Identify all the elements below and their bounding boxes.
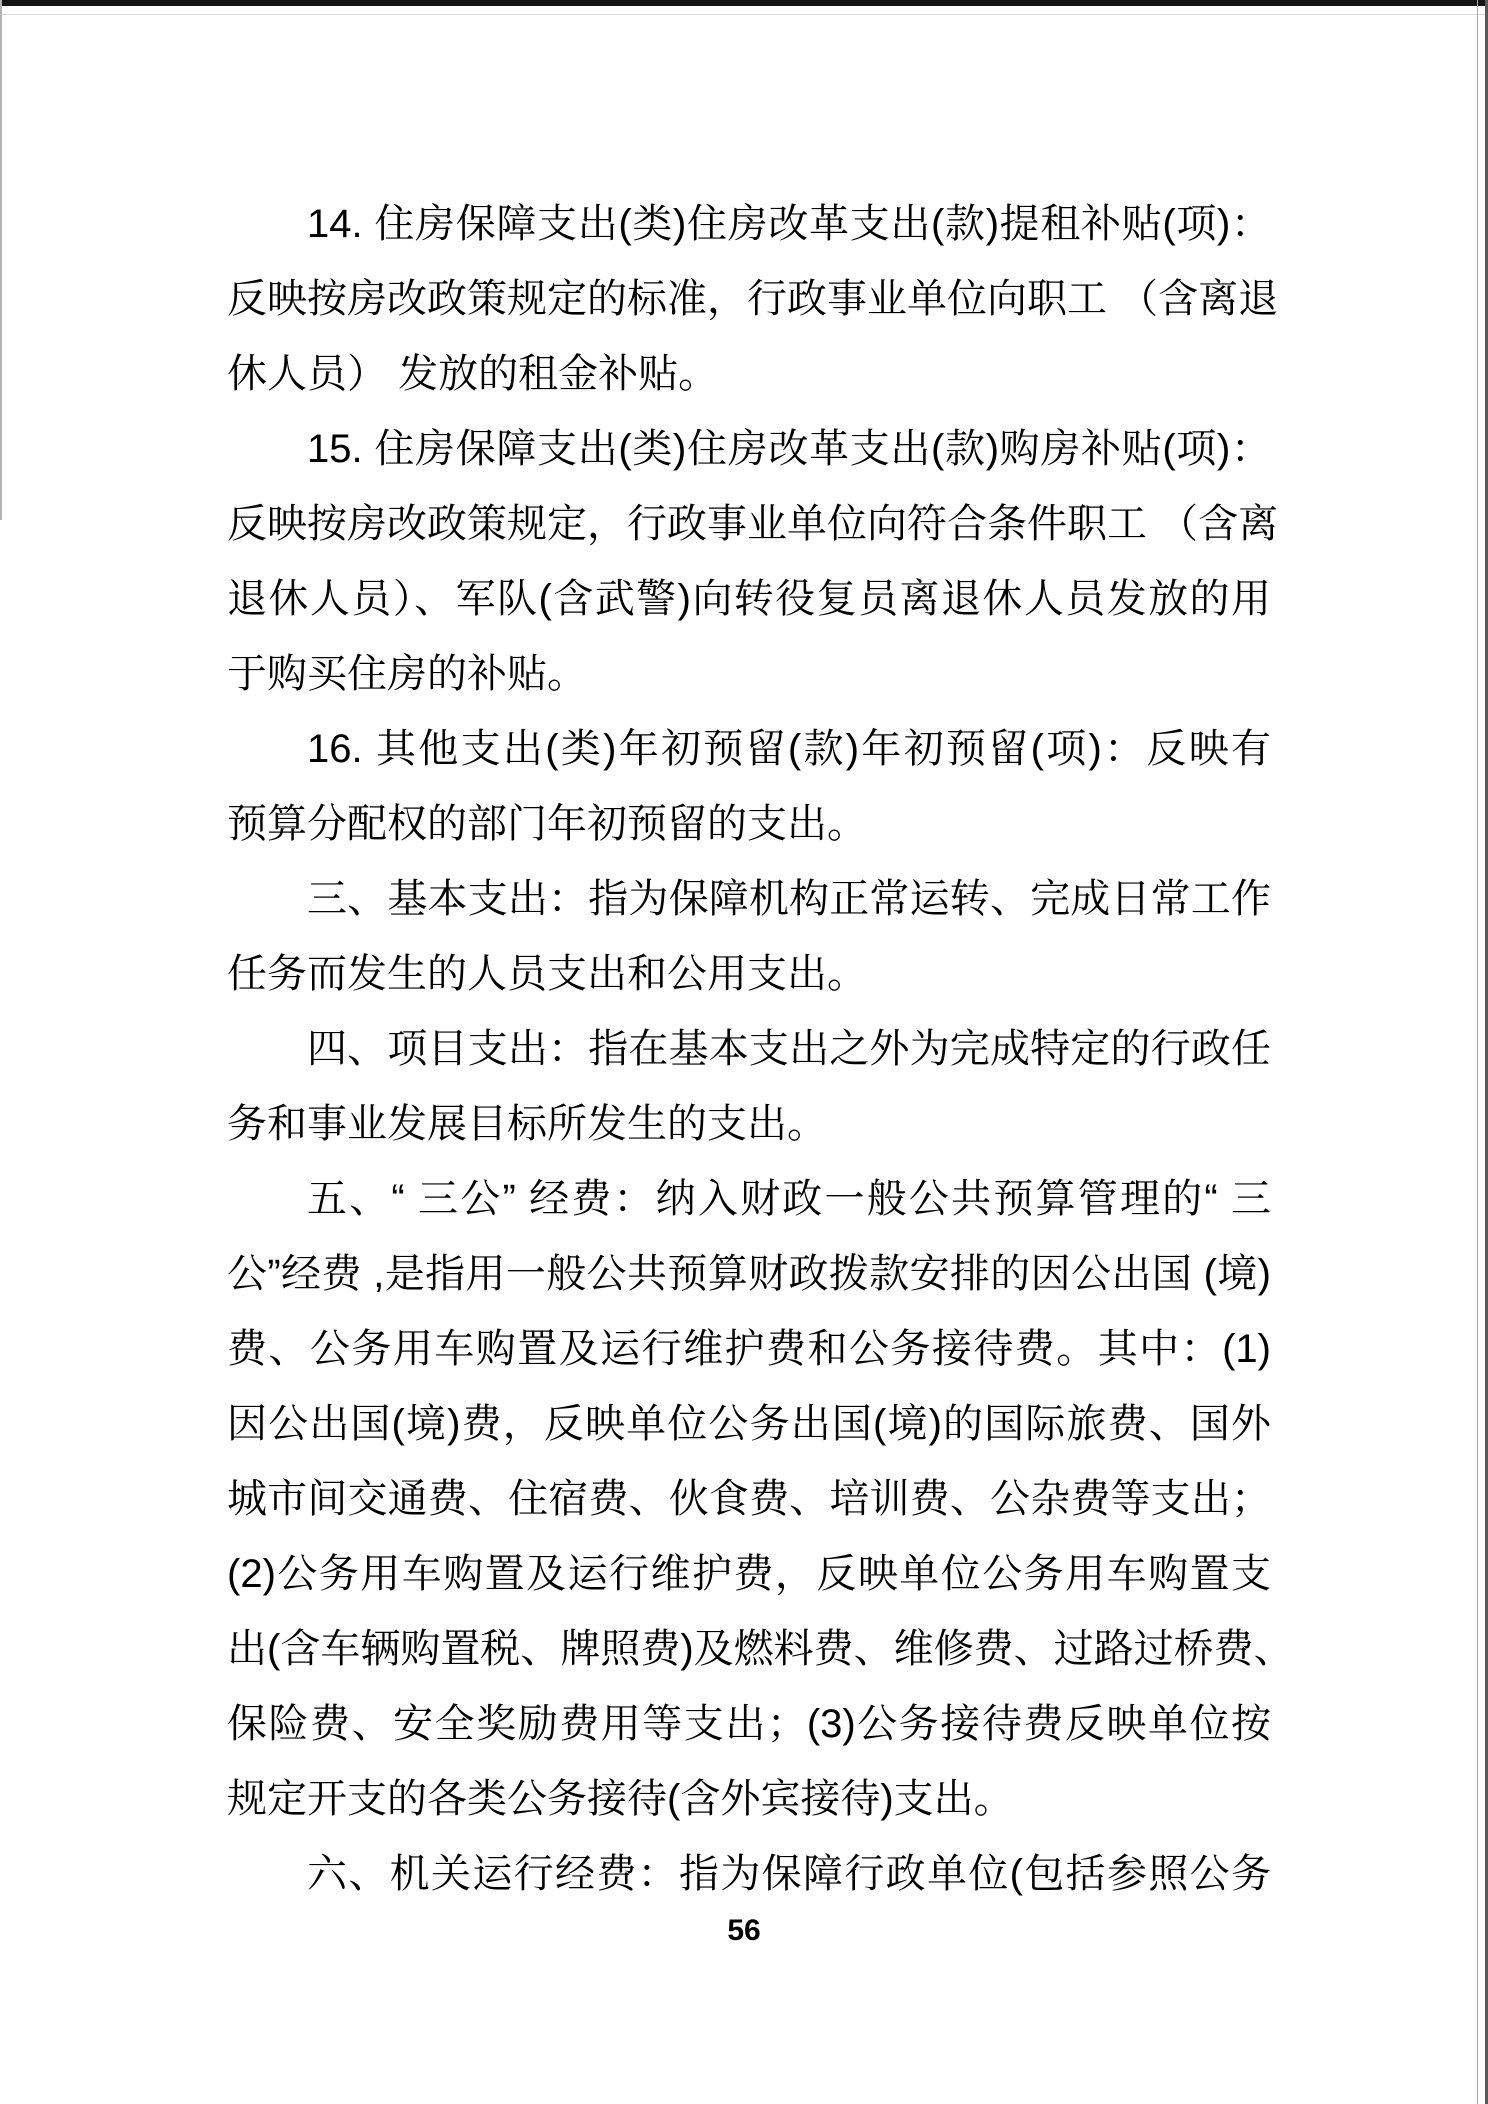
text-line: (2)公务用车购置及运行维护费，反映单位公务用车购置支 bbox=[227, 1537, 1271, 1612]
text-line: 规定开支的各类公务接待(含外宾接待)支出。 bbox=[227, 1762, 1271, 1837]
page-number: 56 bbox=[0, 1913, 1488, 1949]
text-line: 公”经费 ,是指用一般公共预算财政拨款安排的因公出国 (境) bbox=[227, 1237, 1271, 1312]
text-line: 务和事业发展目标所发生的支出。 bbox=[227, 1087, 1271, 1162]
text-line: 退休人员）、军队(含武警)向转役复员离退休人员发放的用 bbox=[227, 562, 1271, 637]
page-left-edge-line bbox=[0, 0, 2, 520]
text-line: 反映按房改政策规定的标准，行政事业单位向职工 （含离退 bbox=[227, 262, 1271, 337]
document-page: 14. 住房保障支出(类)住房改革支出(款)提租补贴(项)：反映按房改政策规定的… bbox=[0, 0, 1488, 2104]
text-line: 三、基本支出：指为保障机构正常运转、完成日常工作 bbox=[227, 862, 1271, 937]
page-top-border bbox=[0, 0, 1488, 6]
text-line: 六、机关运行经费：指为保障行政单位(包括参照公务 bbox=[227, 1837, 1271, 1912]
text-line: 因公出国(境)费，反映单位公务出国(境)的国际旅费、国外 bbox=[227, 1387, 1271, 1462]
text-line: 出(含车辆购置税、牌照费)及燃料费、维修费、过路过桥费、 bbox=[227, 1612, 1271, 1687]
text-line: 预算分配权的部门年初预留的支出。 bbox=[227, 787, 1271, 862]
page-top-hairline bbox=[0, 14, 1488, 15]
text-line: 于购买住房的补贴。 bbox=[227, 637, 1271, 712]
text-line: 15. 住房保障支出(类)住房改革支出(款)购房补贴(项)： bbox=[227, 412, 1271, 487]
page-body-text: 14. 住房保障支出(类)住房改革支出(款)提租补贴(项)：反映按房改政策规定的… bbox=[227, 187, 1271, 1912]
text-line: 休人员） 发放的租金补贴。 bbox=[227, 337, 1271, 412]
text-line: 费、公务用车购置及运行维护费和公务接待费。其中：(1) bbox=[227, 1312, 1271, 1387]
text-line: 反映按房改政策规定，行政事业单位向符合条件职工 （含离 bbox=[227, 487, 1271, 562]
text-line: 16. 其他支出(类)年初预留(款)年初预留(项)：反映有 bbox=[227, 712, 1271, 787]
text-line: 五、“ 三公” 经费：纳入财政一般公共预算管理的“ 三 bbox=[227, 1162, 1271, 1237]
text-line: 保险费、安全奖励费用等支出；(3)公务接待费反映单位按 bbox=[227, 1687, 1271, 1762]
text-line: 任务而发生的人员支出和公用支出。 bbox=[227, 937, 1271, 1012]
text-line: 14. 住房保障支出(类)住房改革支出(款)提租补贴(项)： bbox=[227, 187, 1271, 262]
page-right-edge-light-line bbox=[1477, 0, 1478, 2104]
text-line: 四、项目支出：指在基本支出之外为完成特定的行政任 bbox=[227, 1012, 1271, 1087]
text-line: 城市间交通费、住宿费、伙食费、培训费、公杂费等支出； bbox=[227, 1462, 1271, 1537]
